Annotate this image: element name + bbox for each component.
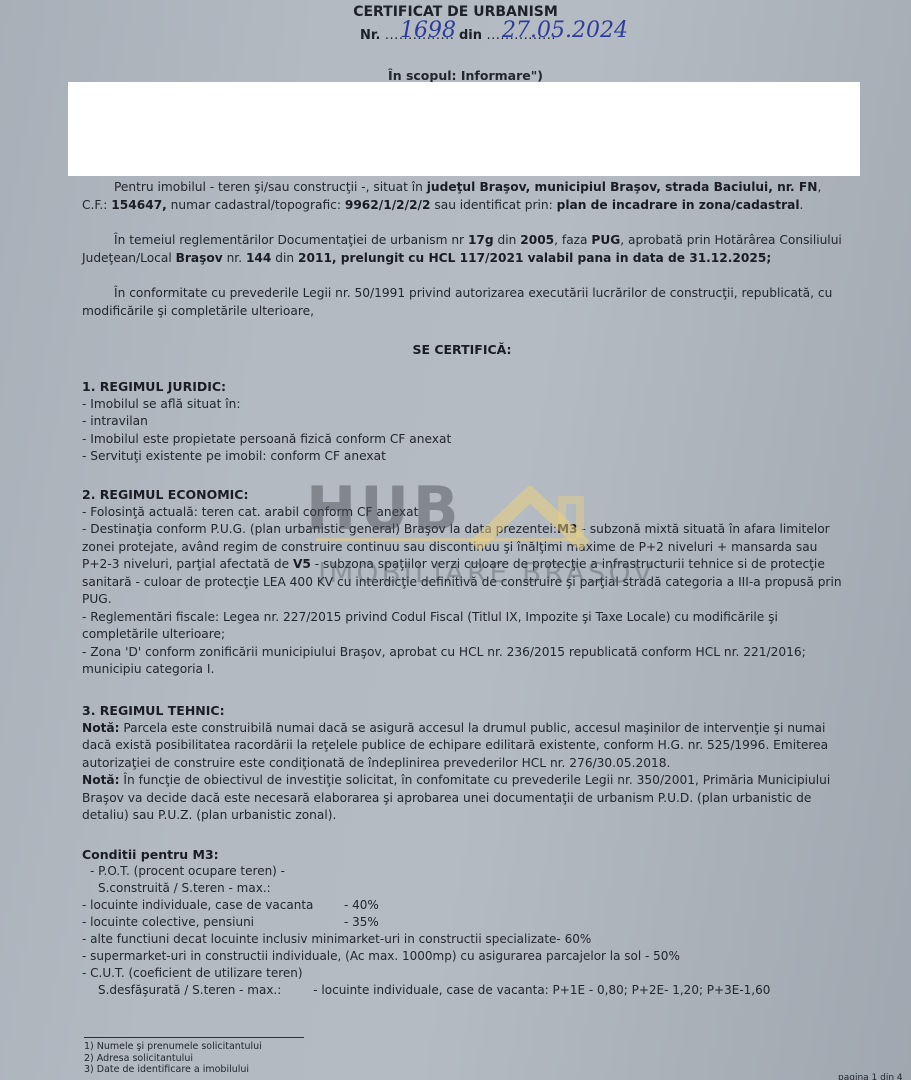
intro-paragraph-law: În conformitate cu prevederile Legii nr.…: [82, 285, 842, 320]
pot-row: - locuinte individuale, case de vacanta-…: [82, 897, 842, 914]
list-item: - Imobilul este propietate persoană fizi…: [82, 431, 842, 449]
watermark-subtitle: IMOBILIARE BRASOV: [318, 556, 655, 589]
cut-row: S.desfăşurată / S.teren - max.:- locuint…: [82, 982, 842, 999]
note-2: Notă: În funcţie de obiectivul de invest…: [82, 772, 842, 825]
section-regim-tehnic: 3. REGIMUL TEHNIC: Notă: Parcela este co…: [82, 702, 842, 825]
pot-label: - P.O.T. (procent ocupare teren) -: [82, 863, 842, 880]
list-item: - intravilan: [82, 413, 842, 431]
handwritten-date: 27.05.2024: [502, 18, 628, 43]
section-title: 3. REGIMUL TEHNIC:: [82, 702, 842, 720]
footnote: 2) Adresa solicitantului: [84, 1053, 262, 1065]
section-regim-juridic: 1. REGIMUL JURIDIC: - Imobilul se află s…: [82, 378, 842, 466]
intro-paragraph-property: Pentru imobilul - teren şi/sau construcţ…: [82, 179, 842, 214]
footnote: 1) Numele şi prenumele solicitantului: [84, 1041, 262, 1053]
list-item: - Servituţi existente pe imobil: conform…: [82, 448, 842, 466]
watermark-logo-text: HUB: [306, 474, 463, 544]
section-title: 1. REGIMUL JURIDIC:: [82, 378, 842, 396]
page-number: pagina 1 din 4: [838, 1073, 903, 1080]
house-roof-icon: [470, 486, 610, 556]
list-item: - Zona 'D' conform zonificării municipiu…: [82, 644, 842, 679]
se-certifica-heading: SE CERTIFICĂ:: [82, 341, 842, 359]
note-1: Notă: Parcela este construibilă numai da…: [82, 720, 842, 773]
nr-label: Nr.: [360, 28, 380, 43]
pot-row: - locuinte colective, pensiuni- 35%: [82, 914, 842, 931]
section-title: Conditii pentru M3:: [82, 846, 842, 863]
handwritten-number: 1698: [400, 18, 456, 43]
din-label: din: [459, 28, 482, 43]
redaction-box: [68, 82, 860, 176]
list-item: - Imobilul se află situat în:: [82, 396, 842, 414]
list-item: - alte functiuni decat locuinte inclusiv…: [82, 931, 842, 948]
section-conditii-m3: Conditii pentru M3: - P.O.T. (procent oc…: [82, 846, 842, 999]
scope-line: În scopul: Informare"): [0, 68, 911, 83]
footnote-divider: [84, 1037, 304, 1038]
cut-label: - C.U.T. (coeficient de utilizare teren): [82, 965, 842, 982]
footnote: 3) Date de identificare a imobilului: [84, 1064, 262, 1076]
watermark-accent-line: [316, 538, 576, 541]
list-item: - Reglementări fiscale: Legea nr. 227/20…: [82, 609, 842, 644]
footnotes: 1) Numele şi prenumele solicitantului 2)…: [84, 1041, 262, 1076]
pot-formula: S.construită / S.teren - max.:: [82, 880, 842, 897]
list-item: - supermarket-uri in constructii individ…: [82, 948, 842, 965]
intro-paragraph-documentation: În temeiul reglementărilor Documentaţiei…: [82, 232, 842, 267]
